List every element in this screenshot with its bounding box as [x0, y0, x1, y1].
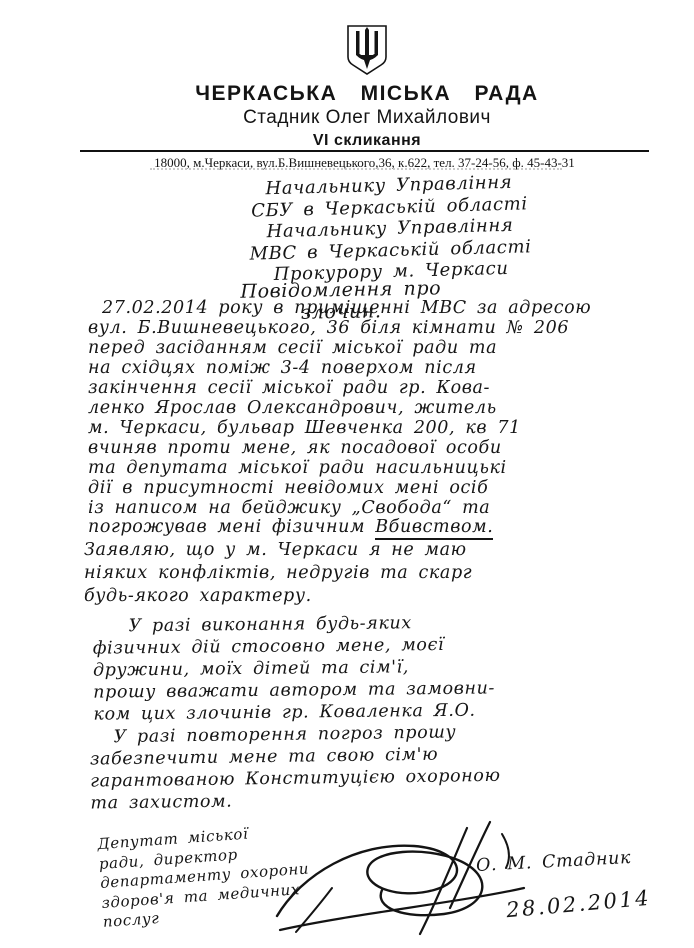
letterhead: ЧЕРКАСЬКА МІСЬКА РАДА Стадник Олег Михай…	[40, 0, 694, 150]
handwritten-line: 27.02.2014 року в приміщенні МВС за адре…	[88, 298, 593, 318]
document-page: ЧЕРКАСЬКА МІСЬКА РАДА Стадник Олег Михай…	[0, 0, 694, 948]
handwritten-line: вул. Б.Вишневецького, 36 біля кімнати № …	[88, 318, 593, 338]
scan-artifact-dots	[150, 168, 562, 170]
emblem	[40, 24, 694, 76]
handwritten-line: м. Черкаси, бульвар Шевченка 200, кв 71	[88, 418, 593, 438]
person-name: Стадник Олег Михайлович	[40, 107, 694, 129]
handwritten-paragraph-4: У разі повторення погроз прошузабезпечит…	[89, 719, 595, 814]
underlined-word: Вбивством.	[375, 517, 493, 540]
signature-flourish-icon	[262, 816, 532, 941]
handwritten-line: ленко Ярослав Олександрович, житель	[88, 398, 593, 418]
convocation-label: VI скликання	[40, 132, 694, 150]
handwritten-paragraph-1: 27.02.2014 року в приміщенні МВС за адре…	[88, 298, 593, 518]
divider-rule	[80, 150, 649, 152]
handwritten-line: закінчення сесії міської ради гр. Кова-	[88, 378, 593, 398]
handwritten-paragraph-3: У разі виконання будь-якихфізичних дій с…	[92, 610, 598, 725]
handwritten-line: на східцях поміж 3-4 поверхом після	[88, 358, 593, 378]
handwritten-line: будь-якого характеру.	[84, 585, 589, 608]
handwritten-paragraph-2: Заявляю, що у м. Черкаси я не маюніяких …	[84, 539, 589, 608]
handwritten-line: дії в присутності невідомих мені осіб	[88, 478, 593, 498]
handwritten-line: та депутата міської ради насильницькі	[88, 458, 593, 478]
handwritten-line: вчиняв проти мене, як посадової особи	[88, 438, 593, 458]
handwritten-line-emphasis: погрожував мені фізичним Вбивством.	[88, 517, 593, 537]
ukraine-trident-icon	[341, 24, 393, 76]
handwritten-line: перед засіданням сесії міської ради та	[88, 338, 593, 358]
handwritten-line: Заявляю, що у м. Черкаси я не маю	[84, 539, 589, 562]
signature	[262, 816, 532, 941]
handwritten-text: погрожував мені фізичним	[88, 517, 375, 537]
council-title: ЧЕРКАСЬКА МІСЬКА РАДА	[40, 82, 694, 106]
handwritten-line: ніяких конфліктів, недругів та скарг	[84, 562, 589, 585]
addressee-block: Начальнику УправлінняСБУ в Черкаській об…	[211, 170, 570, 287]
handwritten-line: із написом на бейджику „Свобода“ та	[88, 498, 593, 518]
